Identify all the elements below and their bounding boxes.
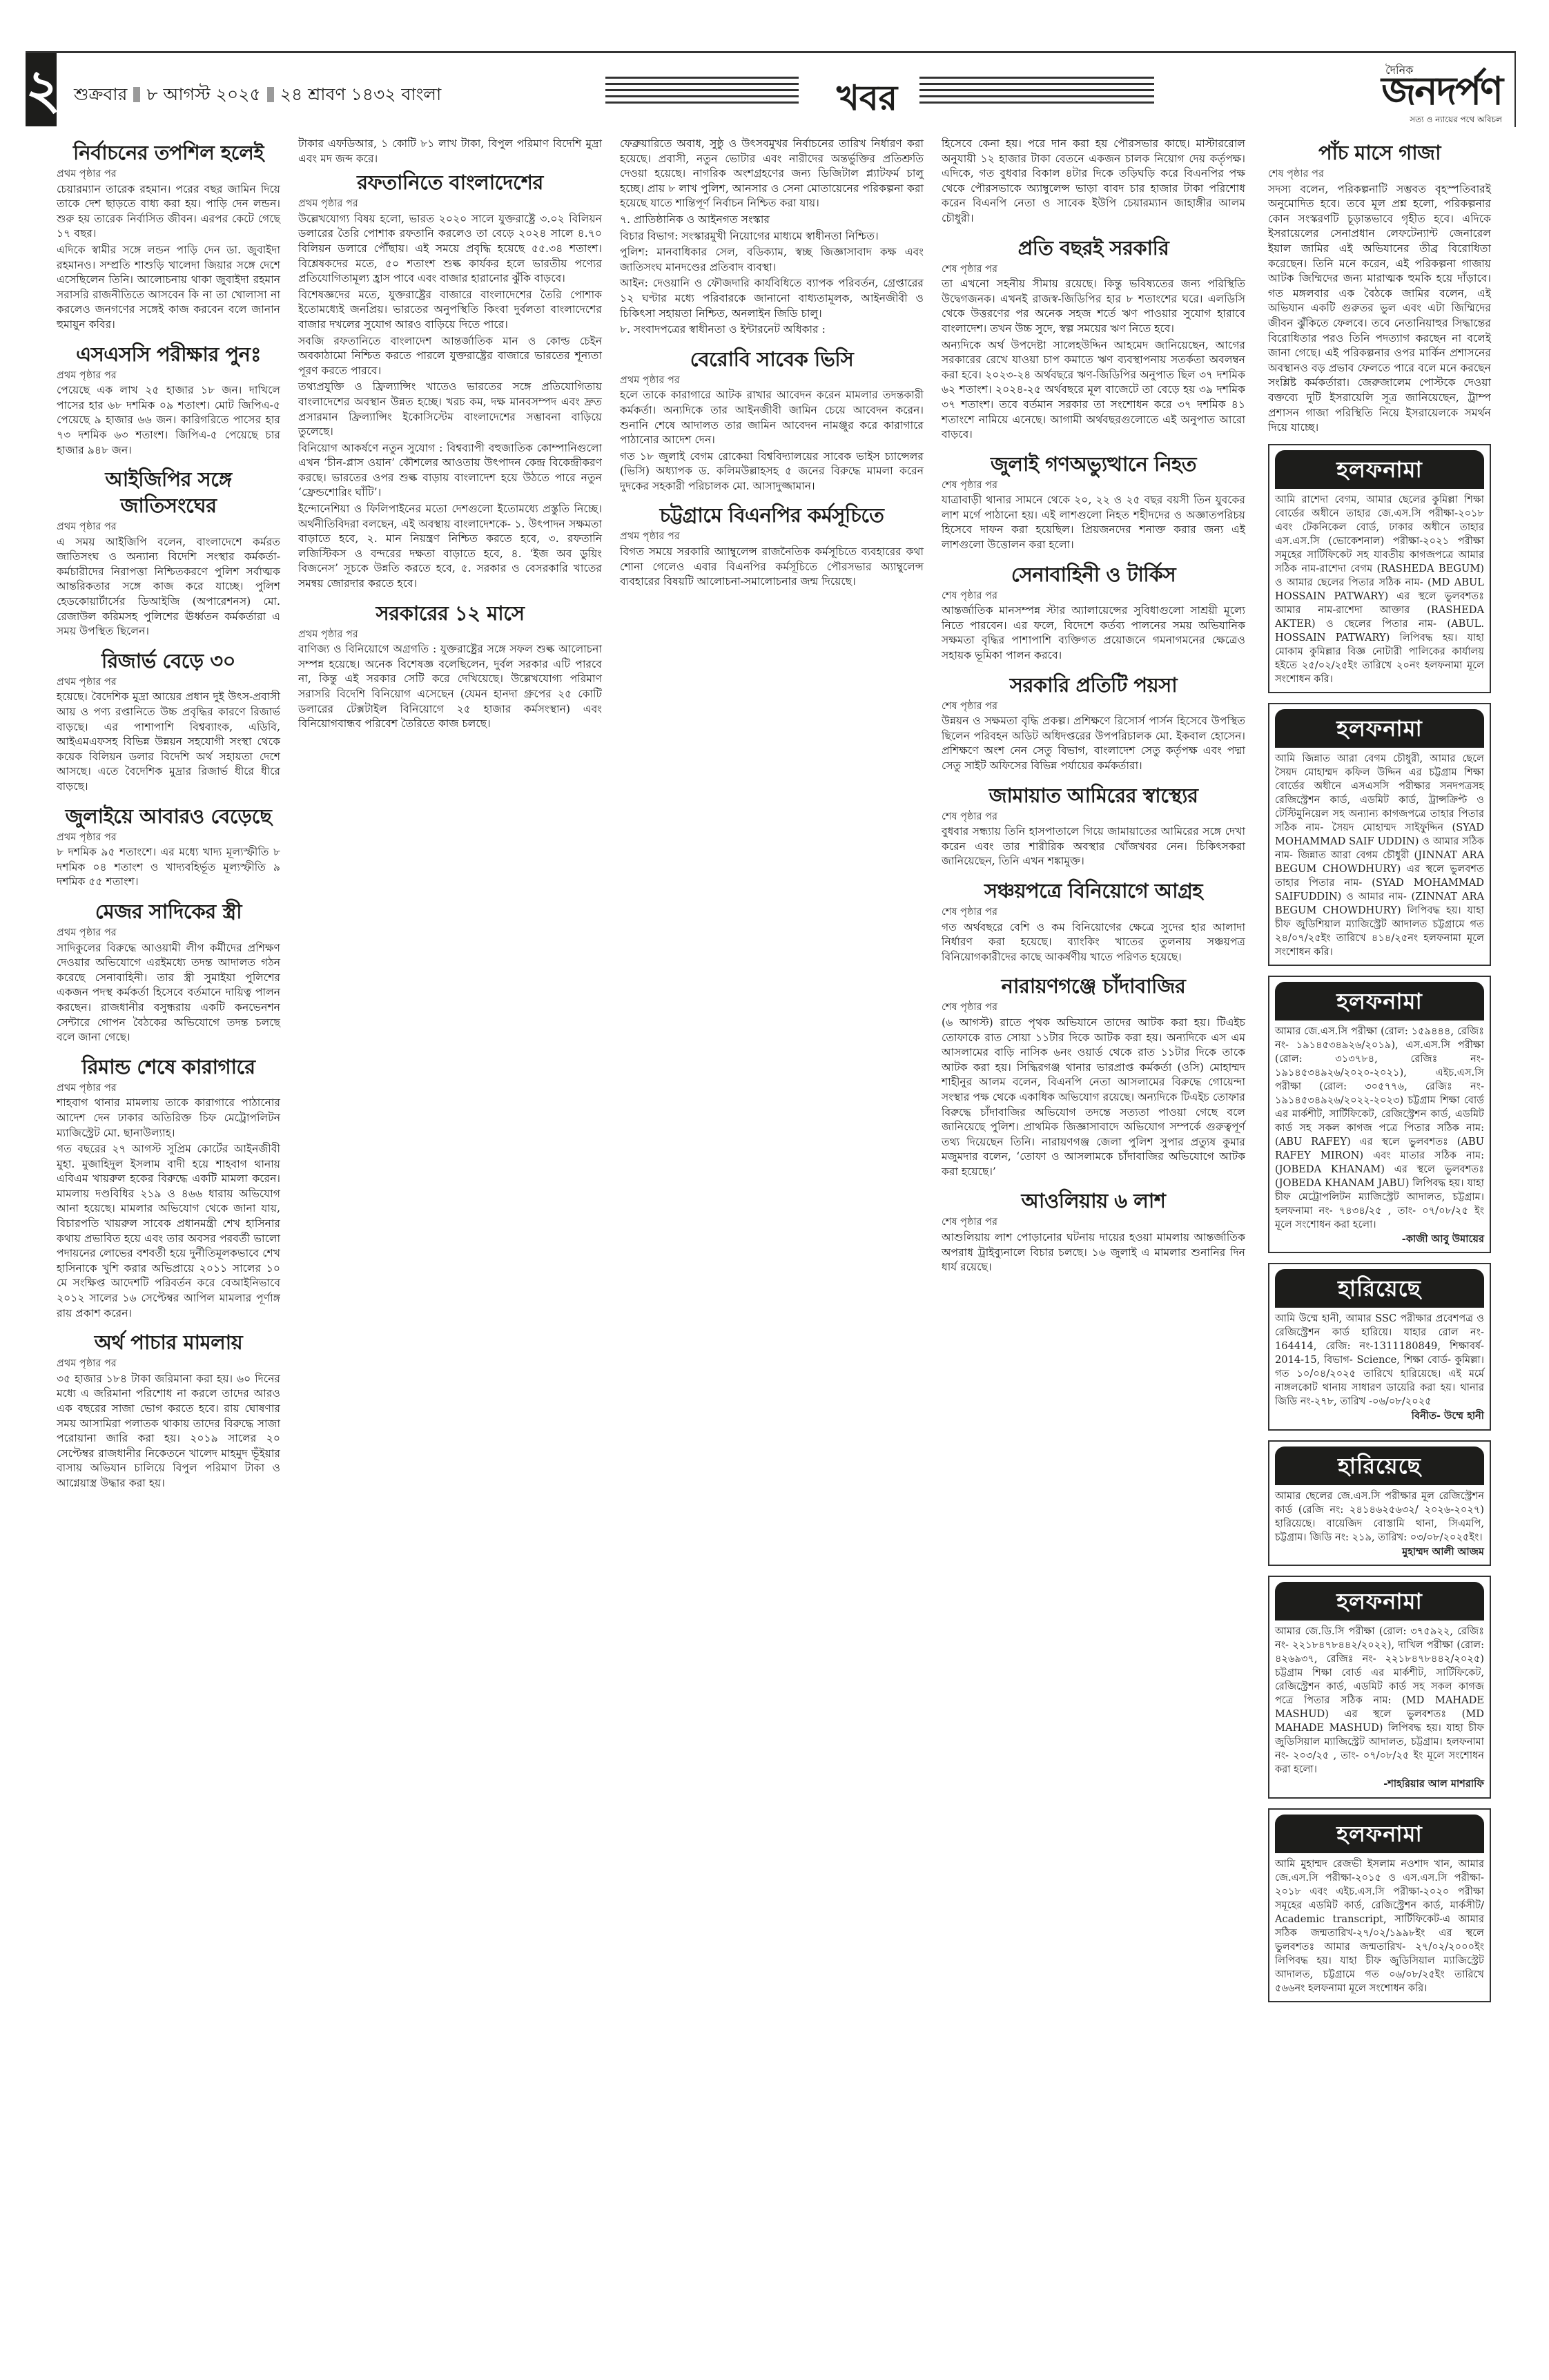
- article-paragraph: শাহবাগ থানার মামলায় তাকে কারাগারে পাঠান…: [57, 1096, 280, 1141]
- classified-title: হারিয়েছে: [1275, 1447, 1484, 1485]
- continuation-label: প্রথম পৃষ্ঠার পর: [57, 369, 280, 384]
- classified-signature: -শাহরিয়ার আল মাশরাফি: [1275, 1777, 1484, 1792]
- classified-ad: হলফনামাআমার জে.এস.সি পরীক্ষা (রোল: ১৫৯৪৪…: [1268, 976, 1491, 1254]
- continuation-label: প্রথম পৃষ্ঠার পর: [57, 831, 280, 846]
- continuation-label: প্রথম পৃষ্ঠার পর: [57, 520, 280, 535]
- headline: সঞ্চয়পত্রে বিনিয়োগে আগ্রহ: [942, 878, 1245, 904]
- article-paragraph: বাণিজ্য ও বিনিয়োগে অগ্রগতি : যুক্তরাষ্ট…: [298, 642, 602, 732]
- continuation-label: প্রথম পৃষ্ঠার পর: [620, 374, 924, 389]
- continuation-label: প্রথম পৃষ্ঠার পর: [57, 926, 280, 941]
- continuation-label: শেষ পৃষ্ঠার পর: [942, 699, 1245, 715]
- continuation-label: প্রথম পৃষ্ঠার পর: [298, 197, 602, 212]
- article-paragraph: যাত্রাবাড়ী থানার সামনে থেকে ২০, ২২ ও ২৫…: [942, 493, 1245, 552]
- article: রফতানিতে বাংলাদেশেরপ্রথম পৃষ্ঠার পরউল্লে…: [298, 169, 602, 591]
- headline: অর্থ পাচার মামলায়: [57, 1329, 280, 1355]
- continuation-label: শেষ পৃষ্ঠার পর: [942, 589, 1245, 604]
- article-paragraph: সবজি রফতানিতে বাংলাদেশ আন্তর্জাতিক মান ও…: [298, 334, 602, 379]
- headline: এসএসসি পরীক্ষার পুনঃ: [57, 341, 280, 367]
- classified-ad: হলফনামাআমি মুহাম্মদ রেজভী ইসলাম নওশাদ খা…: [1268, 1808, 1491, 2002]
- article: সরকারি প্রতিটি পয়সাশেষ পৃষ্ঠার পরউন্নয়…: [942, 672, 1245, 774]
- classified-ad: হলফনামাআমি জিন্নাত আরা বেগম চৌধুরী, আমার…: [1268, 703, 1491, 966]
- article: হিসেবে কেনা হয়। পরে দান করা হয় পৌরসভার…: [942, 137, 1245, 226]
- newspaper-logo: দৈনিক জনদর্পণ সত্য ও ন্যায়ের পথে অবিচল: [1381, 60, 1502, 128]
- headline: নারায়ণগঞ্জে চাঁদাবাজির: [942, 973, 1245, 999]
- article-paragraph: বিশেষজ্ঞদের মতে, যুক্তরাষ্ট্রের বাজারে ব…: [298, 288, 602, 333]
- article-paragraph: বুধবার সন্ধ্যায় তিনি হাসপাতালে গিয়ে জা…: [942, 824, 1245, 869]
- classified-title: হলফনামা: [1275, 982, 1484, 1020]
- article: চট্টগ্রামে বিএনপির কর্মসূচিতেপ্রথম পৃষ্ঠ…: [620, 502, 924, 589]
- continuation-label: প্রথম পৃষ্ঠার পর: [57, 1081, 280, 1096]
- headline: মেজর সাদিকের স্ত্রী: [57, 898, 280, 925]
- classified-title: হলফনামা: [1275, 1582, 1484, 1620]
- article: আইজিপির সঙ্গে জাতিসংঘেরপ্রথম পৃষ্ঠার পরএ…: [57, 466, 280, 639]
- headline: বেরোবি সাবেক ভিসি: [620, 346, 924, 372]
- article: জুলাই গণঅভ্যুত্থানে নিহতশেষ পৃষ্ঠার পরযা…: [942, 451, 1245, 553]
- classified-body: আমার জে.এস.সি পরীক্ষা (রোল: ১৫৯৪৪৪, রেজি…: [1275, 1025, 1484, 1232]
- article-paragraph: বিগত সময়ে সরকারি অ্যাম্বুলেন্স রাজনৈতিক…: [620, 545, 924, 590]
- article-paragraph: হয়েছে। বৈদেশিক মুদ্রা আয়ের প্রধান দুই …: [57, 690, 280, 794]
- article-paragraph: তা এখনো সহনীয় সীমায় রয়েছে। কিন্তু ভবি…: [942, 277, 1245, 336]
- article-paragraph: উন্নয়ন ও সক্ষমতা বৃদ্ধি প্রকল্প। প্রশিক…: [942, 714, 1245, 773]
- article-paragraph: বিচার বিভাগ: সংস্কারমুখী নিয়োগের মাধ্যম…: [620, 229, 924, 244]
- continuation-label: প্রথম পৃষ্ঠার পর: [57, 675, 280, 690]
- classified-ad: হলফনামাআমার জে.ডি.সি পরীক্ষা (রোল: ৩৭৫৯২…: [1268, 1576, 1491, 1799]
- classified-title: হলফনামা: [1275, 709, 1484, 748]
- lead-in: টাকার এফডিআর, ১ কোটি ৮১ লাখ টাকা, বিপুল …: [298, 137, 602, 166]
- headline: চট্টগ্রামে বিএনপির কর্মসূচিতে: [620, 502, 924, 528]
- classified-title: হারিয়েছে: [1275, 1269, 1484, 1308]
- article: সরকারের ১২ মাসেপ্রথম পৃষ্ঠার পরবাণিজ্য ও…: [298, 600, 602, 732]
- classified-ad: হারিয়েছেআমি উম্মে হানী, আমার SSC পরীক্ষ…: [1268, 1263, 1491, 1431]
- headline: জামায়াত আমিরের স্বাস্থ্যের: [942, 782, 1245, 809]
- headline: প্রতি বছরই সরকারি: [942, 235, 1245, 261]
- headline: রিজার্ভ বেড়ে ৩০: [57, 648, 280, 674]
- article-paragraph: বিনিয়োগ আকর্ষণে নতুন সুযোগ : বিশ্বব্যাপ…: [298, 441, 602, 501]
- headline: সরকারের ১২ মাসে: [298, 600, 602, 626]
- article: নারায়ণগঞ্জে চাঁদাবাজিরশেষ পৃষ্ঠার পর(৬ …: [942, 973, 1245, 1179]
- article: বেরোবি সাবেক ভিসিপ্রথম পৃষ্ঠার পরহলে তাক…: [620, 346, 924, 494]
- article: সেনাবাহিনী ও টার্কিসশেষ পৃষ্ঠার পরআন্তর্…: [942, 561, 1245, 664]
- article: প্রতি বছরই সরকারিশেষ পৃষ্ঠার পরতা এখনো স…: [942, 235, 1245, 443]
- continuation-label: শেষ পৃষ্ঠার পর: [942, 1215, 1245, 1230]
- article-paragraph: হলে তাকে কারাগারে আটক রাখার আবেদন করেন ম…: [620, 388, 924, 447]
- continuation-label: প্রথম পৃষ্ঠার পর: [620, 530, 924, 545]
- headline: রিমান্ড শেষে কারাগারে: [57, 1054, 280, 1080]
- continuation-label: শেষ পৃষ্ঠার পর: [942, 478, 1245, 494]
- continuation-label: প্রথম পৃষ্ঠার পর: [57, 167, 280, 182]
- article-paragraph: ৩৫ হাজার ১৮৪ টাকা জরিমানা করা হয়। ৬০ দি…: [57, 1372, 280, 1491]
- headline: আইজিপির সঙ্গে জাতিসংঘের: [57, 466, 280, 519]
- article-paragraph: হিসেবে কেনা হয়। পরে দান করা হয় পৌরসভার…: [942, 137, 1245, 226]
- headline: জুলাই গণঅভ্যুত্থানে নিহত: [942, 451, 1245, 477]
- column-4: হিসেবে কেনা হয়। পরে দান করা হয় পৌরসভার…: [942, 137, 1245, 1284]
- continuation-label: শেষ পৃষ্ঠার পর: [942, 810, 1245, 825]
- classified-body: আমি মুহাম্মদ রেজভী ইসলাম নওশাদ খান, আমার…: [1275, 1857, 1484, 1995]
- classified-title: হলফনামা: [1275, 1815, 1484, 1853]
- classified-body: আমি রাশেদা বেগম, আমার ছেলের কুমিল্লা শিক…: [1275, 493, 1484, 686]
- column-3: ফেব্রুয়ারিতে অবাধ, সুষ্ঠু ও উৎসবমুখর নি…: [620, 137, 924, 598]
- article: ফেব্রুয়ারিতে অবাধ, সুষ্ঠু ও উৎসবমুখর নি…: [620, 137, 924, 338]
- article-paragraph: আশুলিয়ায় লাশ পোড়ানোর ঘটনায় দায়ের হও…: [942, 1230, 1245, 1275]
- classified-body: আমার ছেলের জে.এস.সি পরীক্ষার মূল রেজিস্ট…: [1275, 1489, 1484, 1545]
- classified-signature: মুহাম্মদ আলী আজম: [1275, 1545, 1484, 1560]
- date-gregorian: ৮ আগস্ট ২০২৫: [146, 84, 260, 104]
- classified-body: আমার জে.ডি.সি পরীক্ষা (রোল: ৩৭৫৯২২, রেজি…: [1275, 1625, 1484, 1777]
- column-1: নির্বাচনের তপশিল হলেইপ্রথম পৃষ্ঠার পরচেয…: [57, 137, 280, 1500]
- page-number: ২: [26, 53, 57, 126]
- classified-signature: বিনীত- উম্মে হানী: [1275, 1409, 1484, 1424]
- article: মেজর সাদিকের স্ত্রীপ্রথম পৃষ্ঠার পরসাদিক…: [57, 898, 280, 1045]
- classified-body: আমি জিন্নাত আরা বেগম চৌধুরী, আমার ছেলে স…: [1275, 752, 1484, 959]
- brand-prefix: দৈনিক: [1385, 61, 1413, 80]
- continuation-label: শেষ পৃষ্ঠার পর: [942, 262, 1245, 278]
- headline: আওলিয়ায় ৬ লাশ: [942, 1188, 1245, 1214]
- classified-body: আমি উম্মে হানী, আমার SSC পরীক্ষার প্রবেশ…: [1275, 1312, 1484, 1409]
- headline: জুলাইয়ে আবারও বেড়েছে: [57, 803, 280, 829]
- article: সঞ্চয়পত্রে বিনিয়োগে আগ্রহশেষ পৃষ্ঠার প…: [942, 878, 1245, 965]
- article-paragraph: ইন্দোনেশিয়া ও ফিলিপাইনের মতো দেশগুলো ইত…: [298, 502, 602, 592]
- article-paragraph: এদিকে স্বামীর সঙ্গে লন্ডন পাড়ি দেন ডা. …: [57, 243, 280, 333]
- headline: নির্বাচনের তপশিল হলেই: [57, 139, 280, 166]
- article-paragraph: ৮. সংবাদপত্রের স্বাধীনতা ও ইন্টারনেট অধি…: [620, 322, 924, 338]
- headline: সেনাবাহিনী ও টার্কিস: [942, 561, 1245, 588]
- column-2: টাকার এফডিআর, ১ কোটি ৮১ লাখ টাকা, বিপুল …: [298, 137, 602, 740]
- article-paragraph: গত ১৮ জুলাই বেগম রোকেয়া বিশ্ববিদ্যালয়ে…: [620, 449, 924, 494]
- article-paragraph: এ সময় আইজিপি বলেন, বাংলাদেশে কর্মরত জাত…: [57, 535, 280, 639]
- continuation-label: শেষ পৃষ্ঠার পর: [942, 905, 1245, 920]
- masthead: ২ শুক্রবার৮ আগস্ট ২০২৫২৪ শ্রাবণ ১৪৩২ বাং…: [26, 51, 1516, 127]
- article-body: সদস্য বলেন, পরিকল্পনাটি সম্ভবত বৃহস্পতিব…: [1268, 182, 1491, 436]
- article-paragraph: পুলিশ: মানবাধিকার সেল, বডিক্যাম, স্বচ্ছ …: [620, 245, 924, 275]
- decorative-rules-left: [605, 77, 799, 104]
- article-paragraph: (৬ আগস্ট) রাতে পৃথক অভিযানে তাদের আটক কর…: [942, 1016, 1245, 1180]
- separator-square-icon: [133, 87, 140, 102]
- dateline: শুক্রবার৮ আগস্ট ২০২৫২৪ শ্রাবণ ১৪৩২ বাংলা: [74, 81, 441, 110]
- article-paragraph: আইন: দেওয়ানি ও ফৌজদারি কার্যবিধিতে ব্যা…: [620, 276, 924, 321]
- brand-tagline: সত্য ও ন্যায়ের পথে অবিচল: [1381, 114, 1502, 128]
- article-paragraph: গত অর্থবছরে বেশি ও কম বিনিয়োগের ক্ষেত্র…: [942, 920, 1245, 965]
- section-title: খবর: [837, 72, 897, 130]
- headline: পাঁচ মাসে গাজা: [1268, 139, 1491, 166]
- continuation-label: শেষ পৃষ্ঠার পর: [1268, 167, 1491, 182]
- article-paragraph: চেয়ারম্যান তারেক রহমান। পরের বছর জামিন …: [57, 182, 280, 242]
- continuation-label: প্রথম পৃষ্ঠার পর: [298, 628, 602, 643]
- classifieds: হলফনামাআমি রাশেদা বেগম, আমার ছেলের কুমিল…: [1268, 444, 1491, 2002]
- article: জামায়াত আমিরের স্বাস্থ্যেরশেষ পৃষ্ঠার প…: [942, 782, 1245, 869]
- decorative-rules-right: [919, 77, 1154, 104]
- continuation-label: প্রথম পৃষ্ঠার পর: [57, 1357, 280, 1372]
- article-paragraph: ৮ দশমিক ৯৫ শতাংশে। এর মধ্যে খাদ্য মূল্যস…: [57, 845, 280, 890]
- article-paragraph: গত বছরের ২৭ আগস্ট সুপ্রিম কোর্টের আইনজীব…: [57, 1142, 280, 1321]
- article: রিমান্ড শেষে কারাগারেপ্রথম পৃষ্ঠার পরশাহ…: [57, 1054, 280, 1322]
- article: নির্বাচনের তপশিল হলেইপ্রথম পৃষ্ঠার পরচেয…: [57, 139, 280, 333]
- date-bangla: ২৪ শ্রাবণ ১৪৩২ বাংলা: [280, 84, 442, 104]
- article-paragraph: উল্লেখযোগ্য বিষয় হলো, ভারত ২০২০ সালে যু…: [298, 212, 602, 287]
- article-paragraph: পেয়েছে এক লাখ ২৫ হাজার ১৮ জন। দাখিলে পা…: [57, 383, 280, 458]
- article-paragraph: তথ্যপ্রযুক্তি ও ফ্রিল্যান্সিং খাতেও ভারত…: [298, 380, 602, 439]
- article-paragraph: ৭. প্রাতিষ্ঠানিক ও আইনগত সংস্কার: [620, 213, 924, 228]
- classified-ad: হলফনামাআমি রাশেদা বেগম, আমার ছেলের কুমিল…: [1268, 444, 1491, 693]
- day: শুক্রবার: [74, 84, 127, 104]
- headline: রফতানিতে বাংলাদেশের: [298, 169, 602, 195]
- article-paragraph: অন্যদিকে অর্থ উপদেষ্টা সালেহউদ্দিন আহমেদ…: [942, 338, 1245, 443]
- article-paragraph: ফেব্রুয়ারিতে অবাধ, সুষ্ঠু ও উৎসবমুখর নি…: [620, 137, 924, 211]
- separator-square-icon: [267, 87, 274, 102]
- classified-ad: হারিয়েছেআমার ছেলের জে.এস.সি পরীক্ষার মূ…: [1268, 1440, 1491, 1567]
- continuation-label: শেষ পৃষ্ঠার পর: [942, 1000, 1245, 1016]
- article: জুলাইয়ে আবারও বেড়েছেপ্রথম পৃষ্ঠার পর৮ …: [57, 803, 280, 890]
- article-paragraph: সাদিকুলের বিরুদ্ধে আওয়ামী লীগ কর্মীদের …: [57, 941, 280, 1045]
- article: এসএসসি পরীক্ষার পুনঃপ্রথম পৃষ্ঠার পরপেয়…: [57, 341, 280, 458]
- article: আওলিয়ায় ৬ লাশশেষ পৃষ্ঠার পরআশুলিয়ায় …: [942, 1188, 1245, 1275]
- article: রিজার্ভ বেড়ে ৩০প্রথম পৃষ্ঠার পরহয়েছে। …: [57, 648, 280, 795]
- classified-title: হলফনামা: [1275, 450, 1484, 489]
- article: অর্থ পাচার মামলায়প্রথম পৃষ্ঠার পর৩৫ হাজ…: [57, 1329, 280, 1491]
- headline: সরকারি প্রতিটি পয়সা: [942, 672, 1245, 698]
- article-gaza: পাঁচ মাসে গাজা শেষ পৃষ্ঠার পর সদস্য বলেন…: [1268, 139, 1491, 436]
- article-paragraph: আন্তর্জাতিক মানসম্পন্ন স্টার অ্যালায়েন্…: [942, 603, 1245, 663]
- classified-signature: -কাজী আবু উমায়ের: [1275, 1232, 1484, 1247]
- column-5: পাঁচ মাসে গাজা শেষ পৃষ্ঠার পর সদস্য বলেন…: [1268, 137, 1491, 2012]
